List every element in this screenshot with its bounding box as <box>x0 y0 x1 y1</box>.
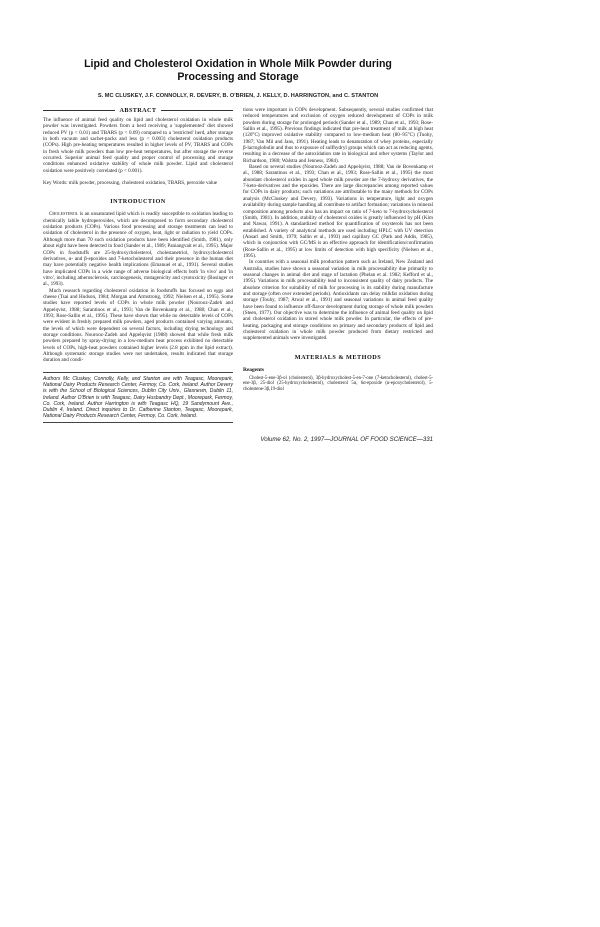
two-column-body: ABSTRACT The influence of animal feed qu… <box>43 107 433 423</box>
reagents-subheading: Reagents <box>243 367 433 373</box>
lead-word: Cholesterol <box>49 211 78 217</box>
abstract-heading: ABSTRACT <box>43 107 233 114</box>
abstract-text: The influence of animal feed quality on … <box>43 117 233 174</box>
right-column: tions were important in COPs development… <box>243 107 433 423</box>
title-line-2: Processing and Storage <box>177 71 298 83</box>
keywords: Key Words: milk powder, processing, chol… <box>43 180 233 186</box>
author-affiliations: Authors Mc Cluskey, Connolly, Kelly, and… <box>43 372 233 423</box>
page-footer: Volume 62, No. 2, 1997—JOURNAL OF FOOD S… <box>43 436 433 443</box>
left-column: ABSTRACT The influence of animal feed qu… <box>43 107 233 423</box>
intro-paragraph-4: Based on several studies (Nourooz-Zadeh … <box>243 164 433 259</box>
intro-paragraph-2: Much research regarding cholesterol oxid… <box>43 288 233 364</box>
reagents-text: Cholest-5-ene-3β-ol (cholesterol), 3β-hy… <box>243 376 433 393</box>
article-title: Lipid and Cholesterol Oxidation in Whole… <box>43 58 433 84</box>
introduction-heading: INTRODUCTION <box>43 198 233 205</box>
title-line-1: Lipid and Cholesterol Oxidation in Whole… <box>84 58 392 70</box>
divider <box>43 110 115 111</box>
intro-paragraph-5: In countries with a seasonal milk produc… <box>243 259 433 341</box>
journal-page: Lipid and Cholesterol Oxidation in Whole… <box>43 58 433 443</box>
intro-paragraph-1: Cholesterol is an unsaturated lipid whic… <box>43 211 233 287</box>
divider <box>161 110 233 111</box>
methods-heading: MATERIALS & METHODS <box>243 354 433 361</box>
intro-paragraph-3: tions were important in COPs development… <box>243 107 433 164</box>
author-list: S. MC CLUSKEY, J.F. CONNOLLY, R. DEVERY,… <box>43 93 433 99</box>
